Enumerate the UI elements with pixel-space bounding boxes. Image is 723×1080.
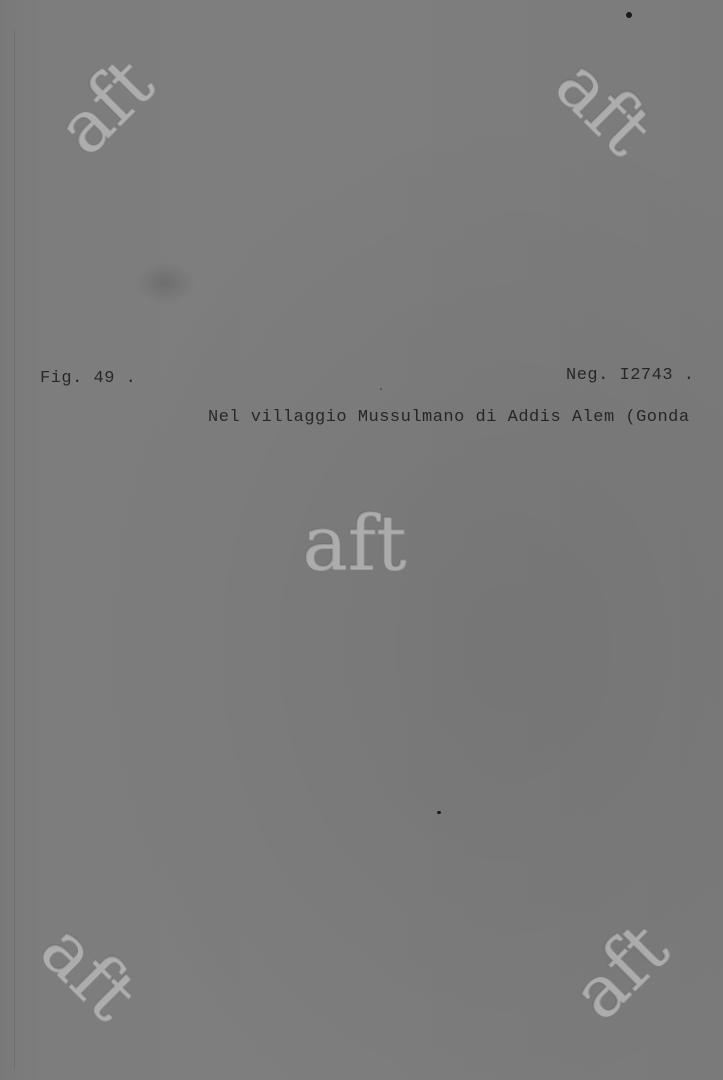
figure-label: Fig. 49 . [40, 369, 136, 388]
photo-caption: Nel villaggio Mussulmano di Addis Alem (… [208, 408, 690, 427]
dust-speck [437, 811, 441, 814]
archival-card: aft aft aft aft aft Fig. 49 . Neg. I2743… [0, 0, 723, 1080]
watermark-logo: aft [29, 911, 150, 1032]
watermark-logo: aft [302, 505, 406, 581]
card-edge [14, 30, 15, 1070]
watermark-logo: aft [44, 46, 165, 167]
stain-mark [135, 262, 195, 304]
watermark-logo: aft [544, 46, 665, 167]
watermark-logo: aft [559, 911, 680, 1032]
dust-speck [626, 12, 632, 18]
negative-number: Neg. I2743 . [566, 366, 694, 385]
dust-speck [380, 388, 382, 390]
